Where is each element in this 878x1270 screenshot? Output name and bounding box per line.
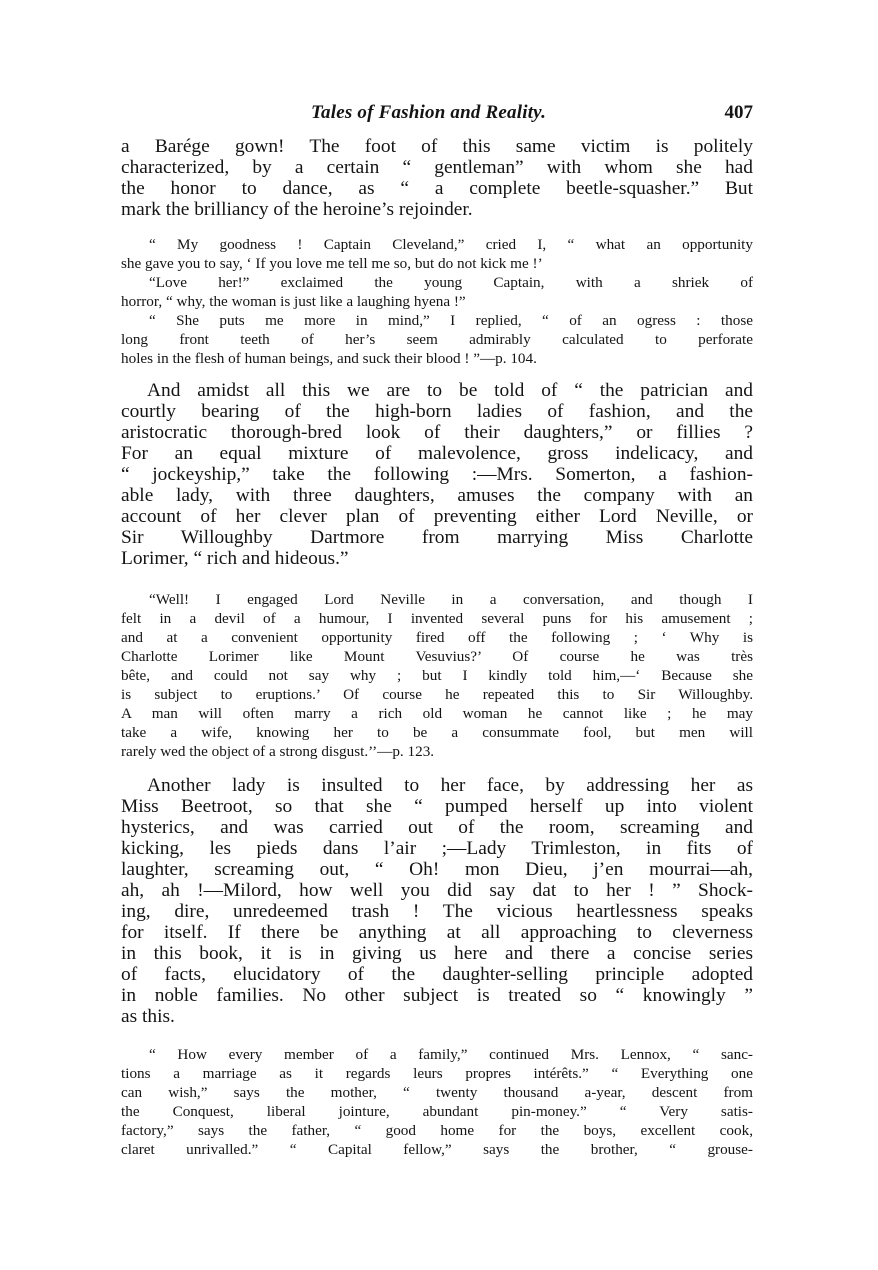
page-number: 407 bbox=[725, 102, 754, 124]
body-paragraph: a Barége gown! The foot of this same vic… bbox=[121, 136, 753, 220]
text-line: holes in the flesh of human beings, and … bbox=[121, 349, 753, 368]
quoted-extract: “ My goodness ! Captain Cleveland,” crie… bbox=[121, 235, 753, 368]
text-line: for itself. If there be anything at all … bbox=[121, 922, 753, 943]
text-line: Sir Willoughby Dartmore from marrying Mi… bbox=[121, 527, 753, 548]
text-line: able lady, with three daughters, amuses … bbox=[121, 485, 753, 506]
text-line: the Conquest, liberal jointure, abundant… bbox=[121, 1102, 753, 1121]
text-line: “ She puts me more in mind,” I replied, … bbox=[121, 311, 753, 330]
text-line: rarely wed the object of a strong disgus… bbox=[121, 742, 753, 761]
text-line: in this book, it is in giving us here an… bbox=[121, 943, 753, 964]
text-line: and at a convenient opportunity fired of… bbox=[121, 628, 753, 647]
text-line: A man will often marry a rich old woman … bbox=[121, 704, 753, 723]
text-line: kicking, les pieds dans l’air ;—Lady Tri… bbox=[121, 838, 753, 859]
text-line: a Barége gown! The foot of this same vic… bbox=[121, 136, 753, 157]
text-line: long front teeth of her’s seem admirably… bbox=[121, 330, 753, 349]
text-line: bête, and could not say why ; but I kind… bbox=[121, 666, 753, 685]
text-line: is subject to eruptions.’ Of course he r… bbox=[121, 685, 753, 704]
text-line: mark the brilliancy of the heroine’s rej… bbox=[121, 199, 753, 220]
running-title: Tales of Fashion and Reality. bbox=[311, 102, 546, 124]
text-line: Charlotte Lorimer like Mount Vesuvius?’ … bbox=[121, 647, 753, 666]
text-line: ing, dire, unredeemed trash ! The viciou… bbox=[121, 901, 753, 922]
text-line: characterized, by a certain “ gentleman”… bbox=[121, 157, 753, 178]
quoted-extract: “ How every member of a family,” continu… bbox=[121, 1045, 753, 1159]
text-line: Miss Beetroot, so that she “ pumped hers… bbox=[121, 796, 753, 817]
text-line: hysterics, and was carried out of the ro… bbox=[121, 817, 753, 838]
text-line: as this. bbox=[121, 1006, 753, 1027]
text-line: laughter, screaming out, “ Oh! mon Dieu,… bbox=[121, 859, 753, 880]
text-line: factory,” says the father, “ good home f… bbox=[121, 1121, 753, 1140]
text-line: tions a marriage as it regards leurs pro… bbox=[121, 1064, 753, 1083]
text-line: can wish,” says the mother, “ twenty tho… bbox=[121, 1083, 753, 1102]
text-line: claret unrivalled.” “ Capital fellow,” s… bbox=[121, 1140, 753, 1159]
text-line: “Well! I engaged Lord Neville in a conve… bbox=[121, 590, 753, 609]
text-line: “Love her!” exclaimed the young Captain,… bbox=[121, 273, 753, 292]
body-paragraph: And amidst all this we are to be told of… bbox=[121, 380, 753, 569]
quoted-extract: “Well! I engaged Lord Neville in a conve… bbox=[121, 590, 753, 761]
text-line: in noble families. No other subject is t… bbox=[121, 985, 753, 1006]
body-paragraph: Another lady is insulted to her face, by… bbox=[121, 775, 753, 1027]
text-line: And amidst all this we are to be told of… bbox=[121, 380, 753, 401]
text-line: the honor to dance, as “ a complete beet… bbox=[121, 178, 753, 199]
text-line: courtly bearing of the high-born ladies … bbox=[121, 401, 753, 422]
text-line: ah, ah !—Milord, how well you did say da… bbox=[121, 880, 753, 901]
text-line: aristocratic thorough-bred look of their… bbox=[121, 422, 753, 443]
text-line: “ My goodness ! Captain Cleveland,” crie… bbox=[121, 235, 753, 254]
text-line: of facts, elucidatory of the daughter-se… bbox=[121, 964, 753, 985]
text-line: For an equal mixture of malevolence, gro… bbox=[121, 443, 753, 464]
text-line: take a wife, knowing her to be a consumm… bbox=[121, 723, 753, 742]
text-line: “ How every member of a family,” continu… bbox=[121, 1045, 753, 1064]
text-line: horror, “ why, the woman is just like a … bbox=[121, 292, 753, 311]
text-line: Lorimer, “ rich and hideous.” bbox=[121, 548, 753, 569]
text-line: Another lady is insulted to her face, by… bbox=[121, 775, 753, 796]
page-header: Tales of Fashion and Reality. 407 bbox=[121, 102, 753, 126]
text-line: felt in a devil of a humour, I invented … bbox=[121, 609, 753, 628]
text-line: “ jockeyship,” take the following :—Mrs.… bbox=[121, 464, 753, 485]
text-line: she gave you to say, ‘ If you love me te… bbox=[121, 254, 753, 273]
text-line: account of her clever plan of preventing… bbox=[121, 506, 753, 527]
